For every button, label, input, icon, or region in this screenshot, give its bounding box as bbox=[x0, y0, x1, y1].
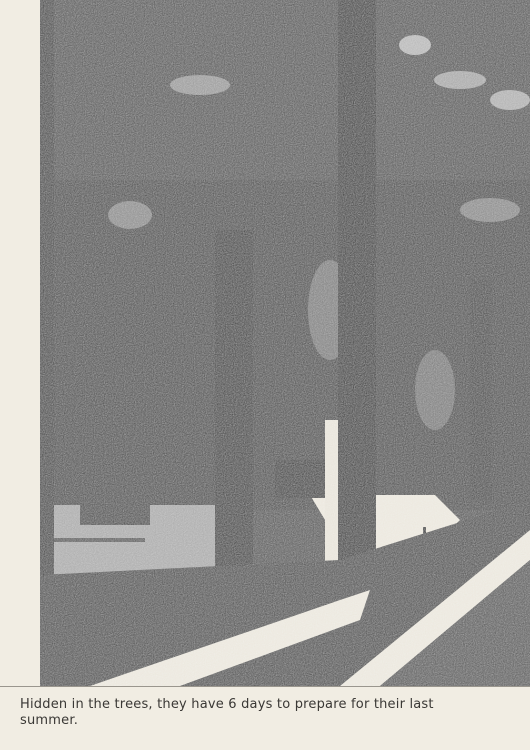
caption: Hidden in the trees, they have 6 days to… bbox=[20, 697, 520, 729]
drawing-bottom-border bbox=[0, 686, 530, 687]
caption-line-2: summer. bbox=[20, 713, 520, 729]
caption-line-1: Hidden in the trees, they have 6 days to… bbox=[20, 697, 520, 713]
pencil-drawing bbox=[40, 0, 530, 686]
